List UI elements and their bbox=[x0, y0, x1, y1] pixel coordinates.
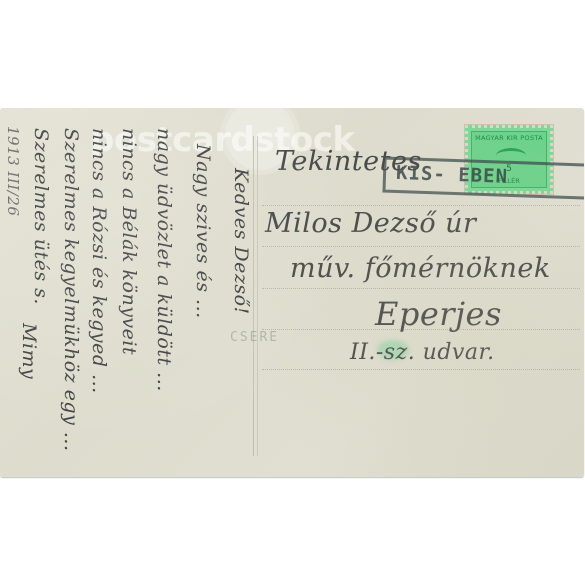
message-line-2: Nagy szives és ... bbox=[192, 144, 214, 319]
message-line-3: nagy üdvözlet a küldött ... bbox=[153, 128, 175, 392]
address-line-2: Milos Dezső úr bbox=[265, 208, 476, 239]
address-line-3: műv. főmérnöknek bbox=[290, 253, 551, 284]
message-date: 1913 III/26 bbox=[4, 126, 22, 216]
card-divider bbox=[253, 136, 258, 456]
signature: Mimy bbox=[18, 323, 40, 379]
message-line-4: nincs a Bélák könyveit bbox=[118, 128, 140, 355]
message-line-5: nincs a Rózsi és kegyed ... bbox=[88, 128, 110, 394]
message-line-7: Szerelmes ütés s. bbox=[30, 128, 52, 305]
address-rule bbox=[262, 369, 580, 370]
stamp-top-text: MAGYAR KIR POSTA bbox=[472, 134, 546, 142]
address-rule bbox=[262, 288, 580, 289]
address-rule bbox=[262, 205, 580, 206]
postcard-back: postcardstock MAGYAR KIR POSTA 5 FILLÉR … bbox=[0, 108, 584, 477]
address-line-4: Eperjes bbox=[375, 295, 502, 333]
address-line-5: II.-sz. udvar. bbox=[350, 340, 495, 365]
address-rule bbox=[262, 246, 580, 247]
faint-postmark: CSERE bbox=[230, 330, 290, 348]
message-line-6: Szerelmes kegyelmükhöz egy ... bbox=[60, 128, 82, 452]
address-line-1: Tekintetes bbox=[275, 146, 422, 177]
message-line-1: Kedves Dezső! bbox=[230, 168, 252, 315]
